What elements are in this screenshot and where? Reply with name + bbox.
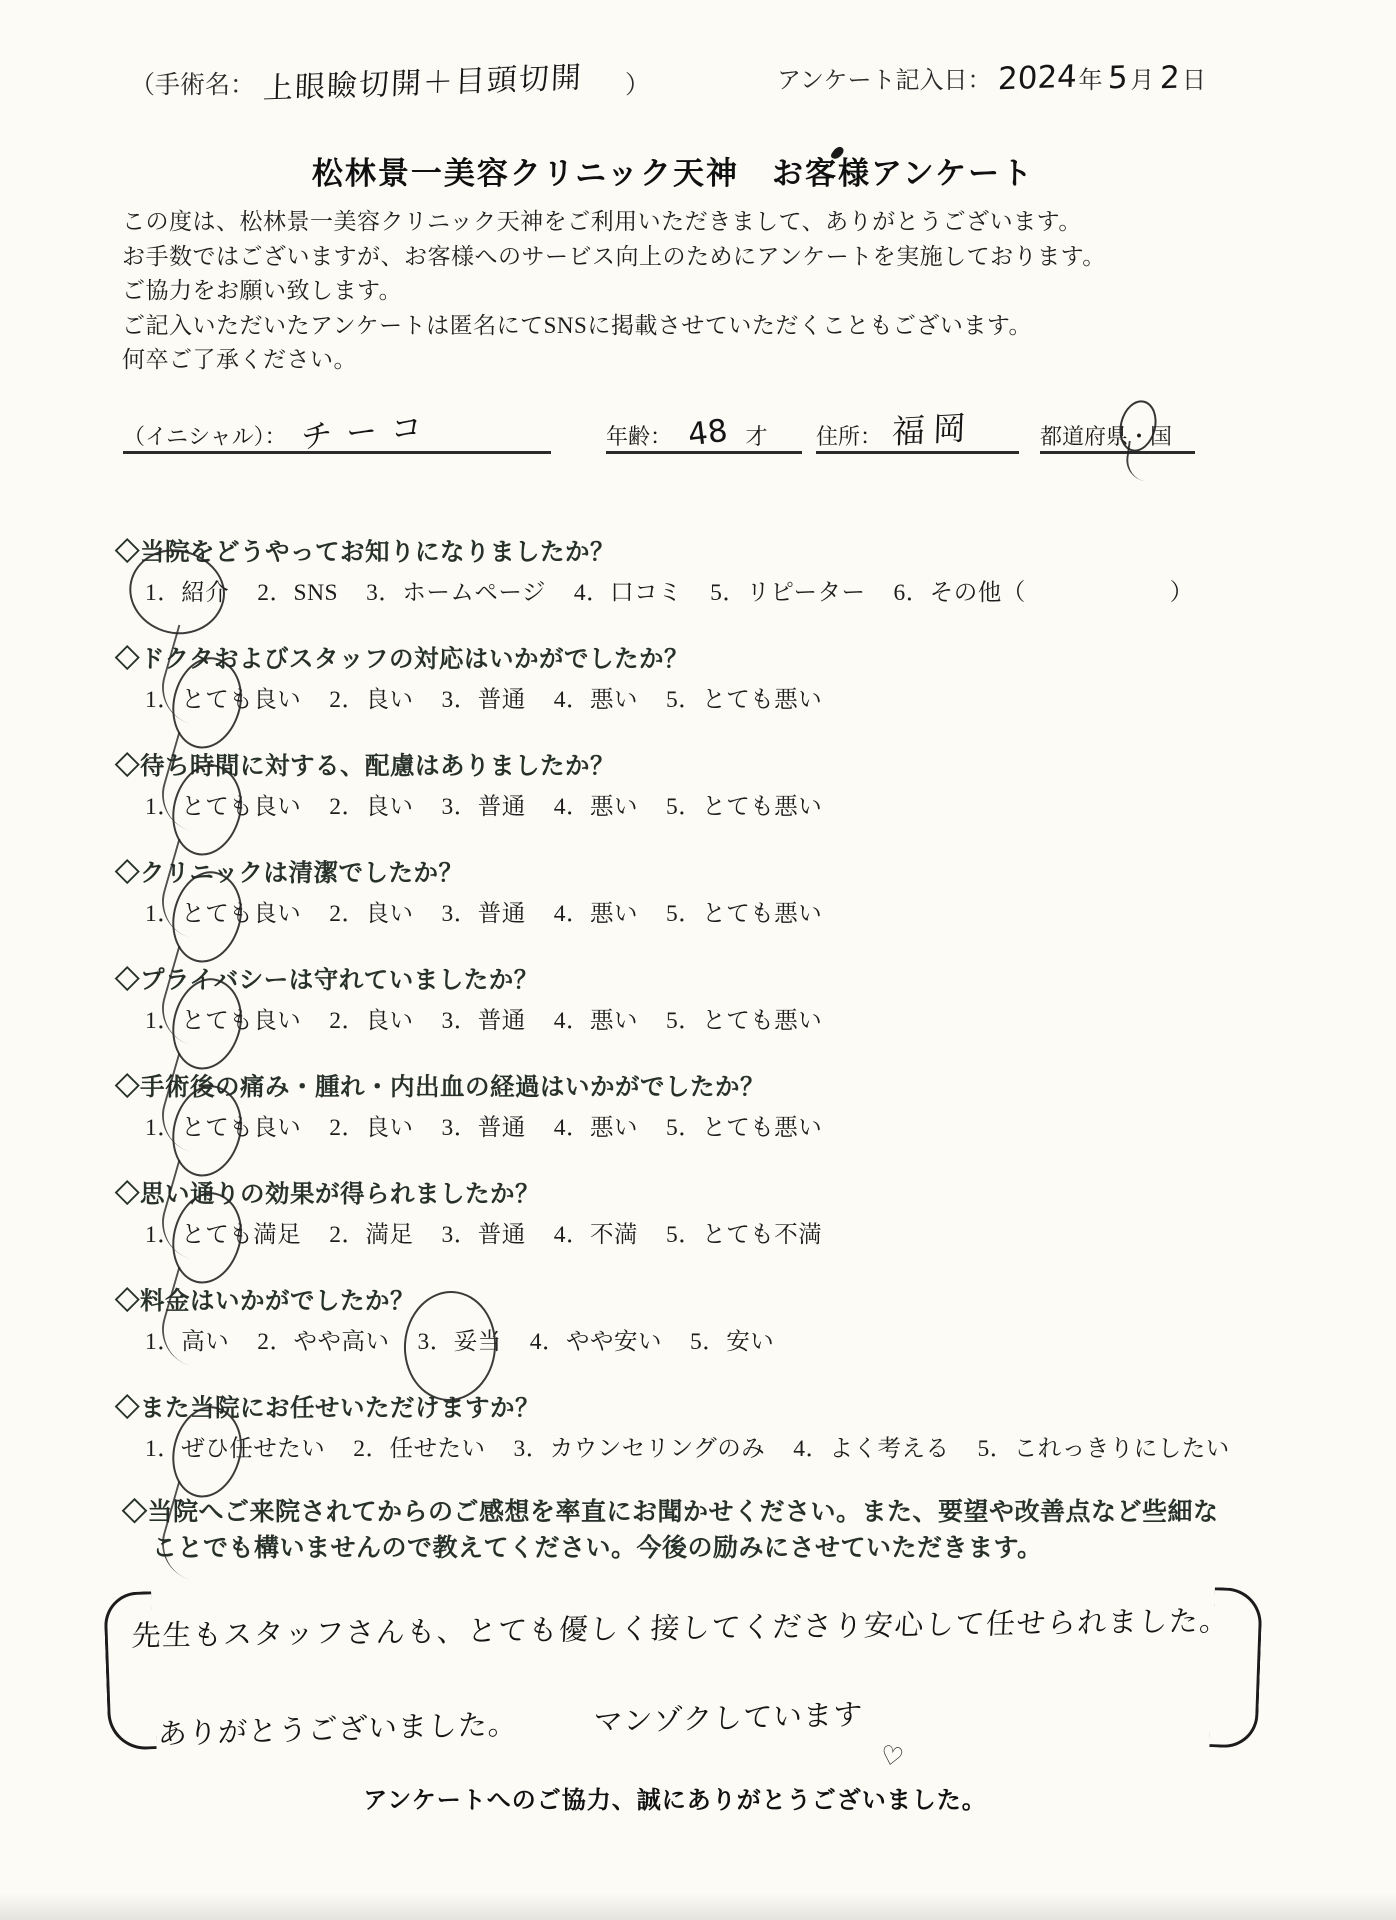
surgery-label-close-paren: ）: [625, 72, 650, 99]
question-2: ◇ドクタおよびスタッフの対応はいかがでしたか？ 1．とても良い2．良い3．普通4…: [115, 645, 1385, 715]
profile-row: （イニシャル）： チーコ 年齢： 48 才 住所： 福岡 都道府県・国: [123, 398, 1195, 454]
surgery-name-handwritten: 上眼瞼切開＋目頭切開: [262, 52, 583, 107]
intro-line: お手数ではございますが、お客様へのサービス向上のためにアンケートを実施しておりま…: [122, 240, 1106, 275]
page-title: 松林景一美容クリニック天神 お客様アンケート: [0, 148, 1396, 193]
survey-date-field: アンケート記入日：2024年5月2日: [777, 60, 1206, 96]
question-2-option-4: 4．悪い: [554, 685, 638, 715]
question-1-option-3: 3．ホームページ: [366, 578, 546, 608]
question-5-option-3: 3．普通: [442, 1006, 526, 1036]
question-8-option-4: 4．やや安い: [530, 1327, 662, 1357]
question-4: ◇クリニックは清潔でしたか？ 1．とても良い2．良い3．普通4．悪い5．とても悪…: [115, 859, 1385, 929]
year-suffix: 年: [1078, 68, 1102, 94]
question-4-option-2: 2．良い: [329, 899, 413, 929]
question-6-option-4: 4．悪い: [554, 1113, 638, 1143]
question-2-option-5: 5．とても悪い: [666, 685, 822, 715]
question-1-option-5: 5．リピーター: [710, 578, 865, 608]
initial-field: （イニシャル）： チーコ: [123, 398, 551, 454]
address-label: 住所：: [816, 420, 882, 451]
surgery-label: （手術名：: [130, 72, 255, 99]
question-7-option-1: 1．とても満足: [145, 1220, 301, 1250]
question-6-option-1: 1．とても良い: [145, 1113, 301, 1143]
question-options: 1．とても良い2．良い3．普通4．悪い5．とても悪い: [115, 1006, 1385, 1036]
question-5-option-4: 4．悪い: [554, 1006, 638, 1036]
thanks-note: アンケートへのご協力、誠にありがとうございました。: [0, 1780, 1396, 1815]
question-heading: ◇手術後の痛み・腫れ・内出血の経過はいかがでしたか？: [115, 1073, 1385, 1103]
questions: ◇当院をどうやってお知りになりましたか？ 1．紹介2．SNS3．ホームページ4．…: [115, 538, 1385, 1501]
question-5: ◇プライバシーは守れていましたか？ 1．とても良い2．良い3．普通4．悪い5．と…: [115, 966, 1385, 1036]
question-5-option-1: 1．とても良い: [145, 1006, 301, 1036]
question-1-option-1: 1．紹介: [145, 578, 229, 608]
question-2-option-3: 3．普通: [442, 685, 526, 715]
question-9-option-4: 4．よく考える: [793, 1434, 949, 1464]
day-suffix: 日: [1182, 68, 1206, 94]
question-heading: ◇プライバシーは守れていましたか？: [115, 966, 1385, 996]
question-3: ◇待ち時間に対する、配慮はありましたか？ 1．とても良い2．良い3．普通4．悪い…: [115, 752, 1385, 822]
question-5-option-2: 2．良い: [329, 1006, 413, 1036]
question-7-option-3: 3．普通: [442, 1220, 526, 1250]
question-3-option-4: 4．悪い: [554, 792, 638, 822]
question-heading: ◇ドクタおよびスタッフの対応はいかがでしたか？: [115, 645, 1385, 675]
question-6-option-5: 5．とても悪い: [666, 1113, 822, 1143]
question-9-option-5: 5．これっきりにしたい: [978, 1434, 1230, 1464]
date-year-handwritten: 2024: [997, 59, 1077, 98]
question-8: ◇料金はいかがでしたか？ 1．高い2．やや高い3．妥当4．やや安い5．安い: [115, 1287, 1385, 1357]
question-4-option-5: 5．とても悪い: [666, 899, 822, 929]
question-9-option-3: 3．カウンセリングのみ: [514, 1434, 766, 1464]
comment-prompt-line: ことでも構いませんので教えてください。今後の励みにさせていただきます。: [122, 1530, 1219, 1566]
question-7: ◇思い通りの効果が得られましたか？ 1．とても満足2．満足3．普通4．不満5．と…: [115, 1180, 1385, 1250]
surgery-name-field: （手術名：上眼瞼切開＋目頭切開）: [130, 58, 650, 102]
question-options: 1．高い2．やや高い3．妥当4．やや安い5．安い: [115, 1327, 1385, 1357]
question-heading: ◇料金はいかがでしたか？: [115, 1287, 1385, 1317]
age-suffix: 才: [745, 420, 767, 451]
month-suffix: 月: [1130, 68, 1154, 94]
question-9: ◇また当院にお任せいただけますか？ 1．ぜひ任せたい2．任せたい3．カウンセリン…: [115, 1394, 1385, 1464]
intro-line: この度は、松林景一美容クリニック天神をご利用いただきまして、ありがとうございます…: [122, 205, 1106, 240]
comment-prompt-line: ◇当院へご来院されてからのご感想を率直にお聞かせください。また、要望や改善点など…: [122, 1494, 1219, 1530]
date-label: アンケート記入日：: [777, 68, 992, 94]
comment-handwritten-line: 先生もスタッフさんも、とても優しく接してくださり安心して任せられました。: [131, 1598, 1231, 1654]
date-month-handwritten: 5: [1108, 60, 1129, 97]
question-4-option-1: 1．とても良い: [145, 899, 301, 929]
question-2-option-2: 2．良い: [329, 685, 413, 715]
question-5-option-5: 5．とても悪い: [666, 1006, 822, 1036]
question-6: ◇手術後の痛み・腫れ・内出血の経過はいかがでしたか？ 1．とても良い2．良い3．…: [115, 1073, 1385, 1143]
question-7-option-2: 2．満足: [329, 1220, 413, 1250]
question-1-option-6: 6．その他（ ）: [893, 578, 1193, 608]
question-options: 1．とても良い2．良い3．普通4．悪い5．とても悪い: [115, 899, 1385, 929]
address-value-handwritten: 福岡: [891, 402, 975, 453]
question-options: 1．とても良い2．良い3．普通4．悪い5．とても悪い: [115, 1113, 1385, 1143]
question-heading: ◇思い通りの効果が得られましたか？: [115, 1180, 1385, 1210]
intro-line: 何卒ご了承ください。: [122, 343, 1106, 378]
question-7-option-4: 4．不満: [554, 1220, 638, 1250]
question-6-option-2: 2．良い: [329, 1113, 413, 1143]
question-heading: ◇クリニックは清潔でしたか？: [115, 859, 1385, 889]
intro-line: ご協力をお願い致します。: [122, 274, 1106, 309]
question-4-option-3: 3．普通: [442, 899, 526, 929]
address-field: 住所： 福岡: [816, 398, 1019, 454]
question-8-option-2: 2．やや高い: [257, 1327, 389, 1357]
question-heading: ◇当院をどうやってお知りになりましたか？: [115, 538, 1385, 568]
question-8-option-3: 3．妥当: [418, 1327, 502, 1357]
question-heading: ◇また当院にお任せいただけますか？: [115, 1394, 1385, 1424]
question-heading: ◇待ち時間に対する、配慮はありましたか？: [115, 752, 1385, 782]
handwritten-circle-tail: [1123, 441, 1150, 482]
question-4-option-4: 4．悪い: [554, 899, 638, 929]
question-8-option-5: 5．安い: [690, 1327, 774, 1357]
comment-handwritten-line: ありがとうございました。 マンゾクしています: [157, 1692, 864, 1753]
initial-value-handwritten: チーコ: [301, 400, 436, 457]
question-9-option-1: 1．ぜひ任せたい: [145, 1434, 325, 1464]
heart-icon: ♡: [877, 1740, 906, 1774]
question-3-option-2: 2．良い: [329, 792, 413, 822]
question-7-option-5: 5．とても不満: [666, 1220, 822, 1250]
age-value-handwritten: 48: [686, 413, 730, 454]
question-options: 1．とても満足2．満足3．普通4．不満5．とても不満: [115, 1220, 1385, 1250]
scan-edge-artifact: [0, 1892, 1396, 1920]
question-8-option-1: 1．高い: [145, 1327, 229, 1357]
initial-label: （イニシャル）：: [123, 420, 287, 451]
question-options: 1．とても良い2．良い3．普通4．悪い5．とても悪い: [115, 685, 1385, 715]
age-field: 年齢： 48 才: [606, 398, 802, 454]
intro-line: ご記入いただいたアンケートは匿名にてSNSに掲載させていただくこともございます。: [122, 309, 1106, 344]
question-1-option-2: 2．SNS: [257, 578, 338, 608]
question-1: ◇当院をどうやってお知りになりましたか？ 1．紹介2．SNS3．ホームページ4．…: [115, 538, 1385, 608]
question-3-option-1: 1．とても良い: [145, 792, 301, 822]
region-field: 都道府県・国: [1040, 398, 1195, 454]
date-day-handwritten: 2: [1160, 60, 1181, 97]
intro-paragraph: この度は、松林景一美容クリニック天神をご利用いただきまして、ありがとうございます…: [122, 205, 1106, 378]
question-3-option-5: 5．とても悪い: [666, 792, 822, 822]
survey-form-page: （手術名：上眼瞼切開＋目頭切開） アンケート記入日：2024年5月2日 松林景一…: [0, 0, 1396, 1920]
question-1-option-4: 4．口コミ: [574, 578, 682, 608]
question-6-option-3: 3．普通: [442, 1113, 526, 1143]
question-2-option-1: 1．とても良い: [145, 685, 301, 715]
question-9-option-2: 2．任せたい: [353, 1434, 485, 1464]
question-options: 1．紹介2．SNS3．ホームページ4．口コミ5．リピーター6．その他（ ）: [115, 578, 1385, 608]
question-3-option-3: 3．普通: [442, 792, 526, 822]
age-label: 年齢：: [606, 420, 672, 451]
comment-prompt: ◇当院へご来院されてからのご感想を率直にお聞かせください。また、要望や改善点など…: [122, 1494, 1219, 1566]
question-options: 1．とても良い2．良い3．普通4．悪い5．とても悪い: [115, 792, 1385, 822]
question-options: 1．ぜひ任せたい2．任せたい3．カウンセリングのみ4．よく考える5．これっきりに…: [115, 1434, 1385, 1464]
